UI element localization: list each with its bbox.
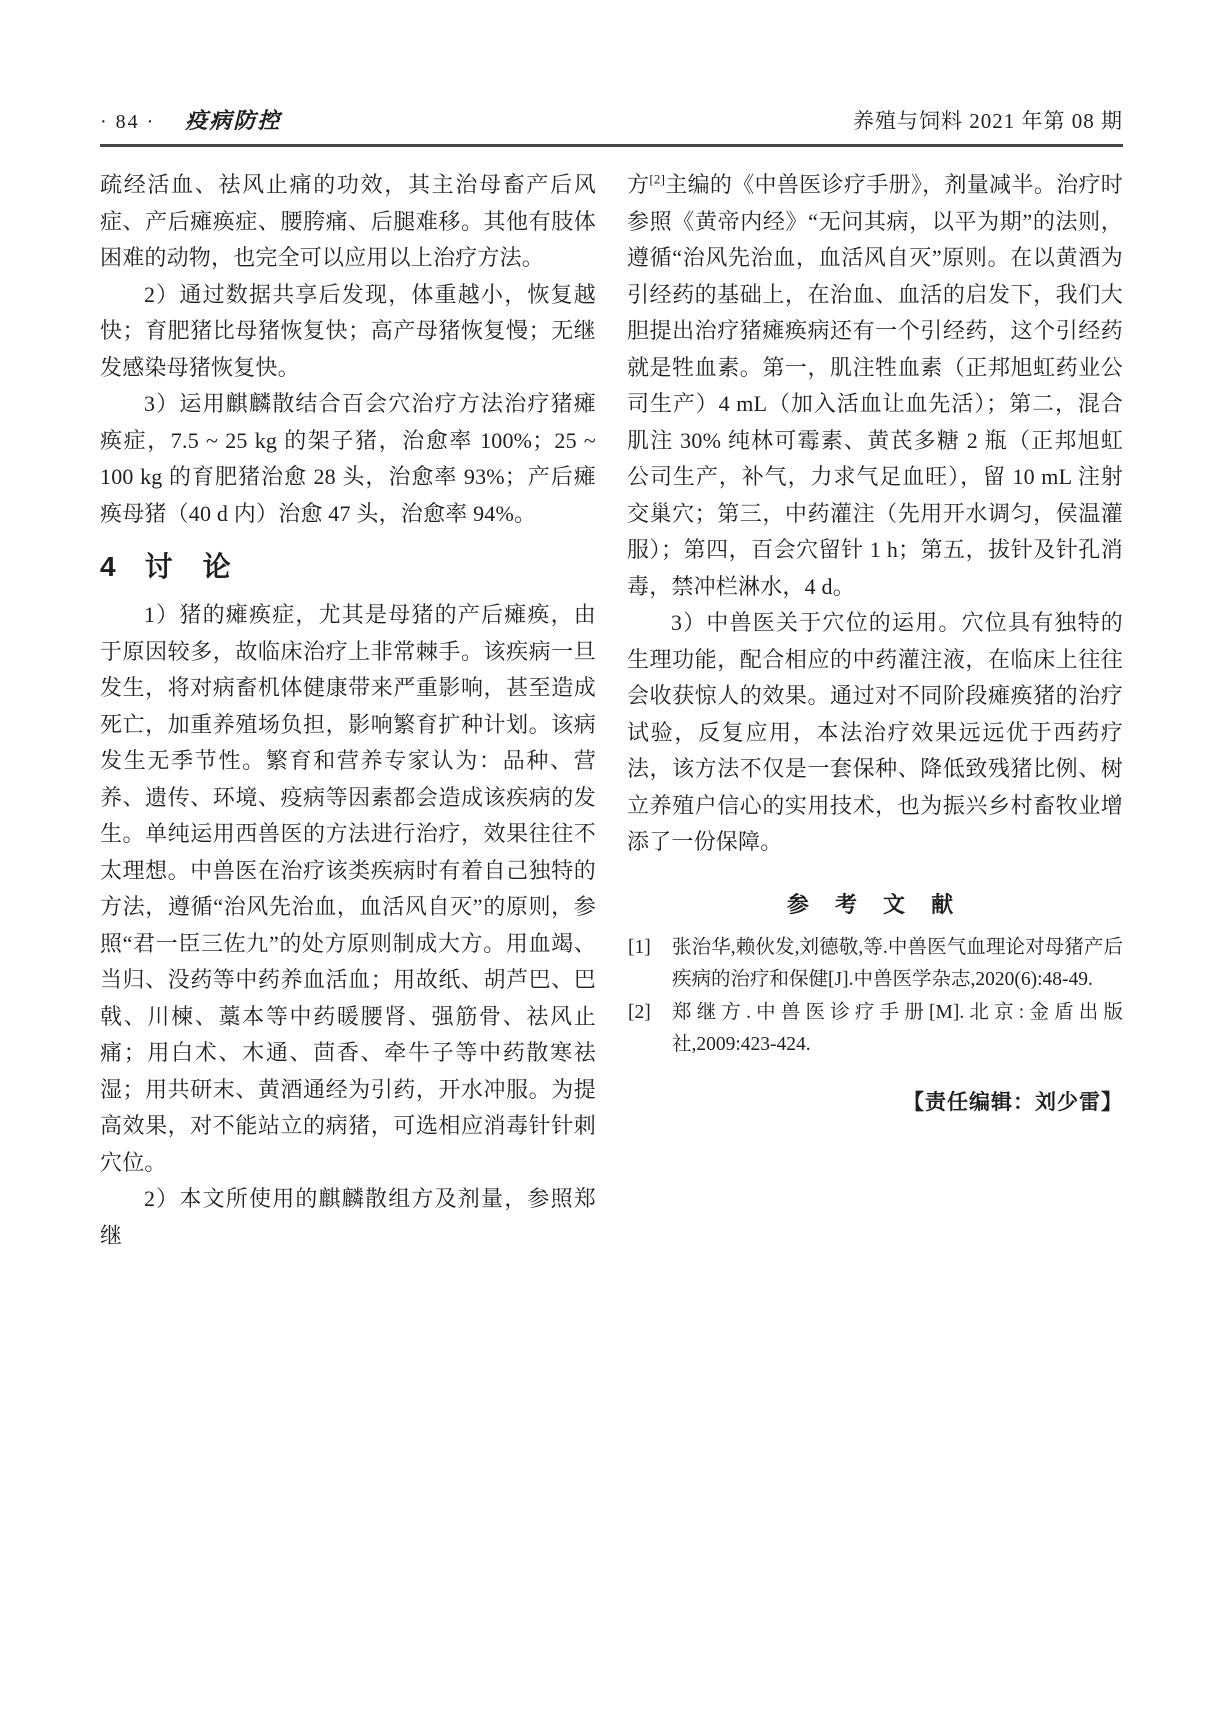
continued-text-rest: 主编的《中兽医诊疗手册》，剂量减半。治疗时参照《黄帝内经》“无问其病，以平为期”…	[627, 172, 1123, 599]
paragraph-result-item-3: 3）运用麒麟散结合百会穴治疗方法治疗猪瘫痪症，7.5 ~ 25 kg 的架子猪，…	[100, 386, 596, 532]
paragraph-discussion-1: 1）猪的瘫痪症，尤其是母猪的产后瘫痪，由于原因较多，故临床治疗上非常棘手。该疾病…	[100, 597, 596, 1181]
right-column: 方[2]主编的《中兽医诊疗手册》，剂量减半。治疗时参照《黄帝内经》“无问其病，以…	[627, 167, 1123, 1254]
reference-text: 郑继方.中兽医诊疗手册[M].北京:金盾出版社,2009:423-424.	[672, 1002, 1123, 1056]
references-heading: 参 考 文 献	[627, 888, 1123, 919]
section-number: 4	[100, 551, 117, 582]
paragraph-discussion-2-start: 2）本文所使用的麒麟散组方及剂量，参照郑继	[100, 1181, 596, 1254]
reference-label: [1]	[628, 932, 651, 965]
paragraph-discussion-3: 3）中兽医关于穴位的运用。穴位具有独特的生理功能，配合相应的中药灌注液，在临床上…	[627, 605, 1123, 861]
reference-list: [1] 张治华,赖伙发,刘德敬,等.中兽医气血理论对母猪产后疾病的治疗和保健[J…	[627, 932, 1123, 1062]
reference-text: 张治华,赖伙发,刘德敬,等.中兽医气血理论对母猪产后疾病的治疗和保健[J].中兽…	[672, 937, 1123, 991]
paragraph-result-item-2: 2）通过数据共享后发现，体重越小，恢复越快；育肥猪比母猪恢复快；高产母猪恢复慢；…	[100, 277, 596, 387]
paragraph-continued-from-previous-page: 疏经活血、祛风止痛的功效，其主治母畜产后风症、产后瘫痪症、腰胯痛、后腿难移。其他…	[100, 167, 596, 277]
page-number: · 84 ·	[100, 111, 155, 134]
left-column: 疏经活血、祛风止痛的功效，其主治母畜产后风症、产后瘫痪症、腰胯痛、后腿难移。其他…	[100, 167, 596, 1254]
section-heading-discussion: 4讨 论	[100, 546, 596, 588]
continued-text-lead: 方	[627, 172, 649, 197]
citation-superscript: [2]	[649, 172, 665, 187]
reference-label: [2]	[628, 997, 651, 1030]
journal-issue: 养殖与饲料 2021 年第 08 期	[853, 105, 1123, 135]
column-name: 疫病防控	[185, 104, 281, 135]
header-left: · 84 · 疫病防控	[100, 104, 281, 135]
editor-credit: 【责任编辑：刘少雷】	[627, 1086, 1123, 1116]
header-rule	[100, 144, 1123, 147]
two-column-body: 疏经活血、祛风止痛的功效，其主治母畜产后风症、产后瘫痪症、腰胯痛、后腿难移。其他…	[100, 167, 1123, 1254]
page-header: · 84 · 疫病防控 养殖与饲料 2021 年第 08 期	[100, 104, 1123, 135]
journal-page: · 84 · 疫病防控 养殖与饲料 2021 年第 08 期 疏经活血、祛风止痛…	[0, 0, 1223, 1719]
paragraph-discussion-2-continued: 方[2]主编的《中兽医诊疗手册》，剂量减半。治疗时参照《黄帝内经》“无问其病，以…	[627, 167, 1123, 605]
reference-item: [1] 张治华,赖伙发,刘德敬,等.中兽医气血理论对母猪产后疾病的治疗和保健[J…	[627, 932, 1123, 997]
section-title: 讨 论	[145, 551, 232, 582]
reference-item: [2] 郑继方.中兽医诊疗手册[M].北京:金盾出版社,2009:423-424…	[627, 997, 1123, 1062]
